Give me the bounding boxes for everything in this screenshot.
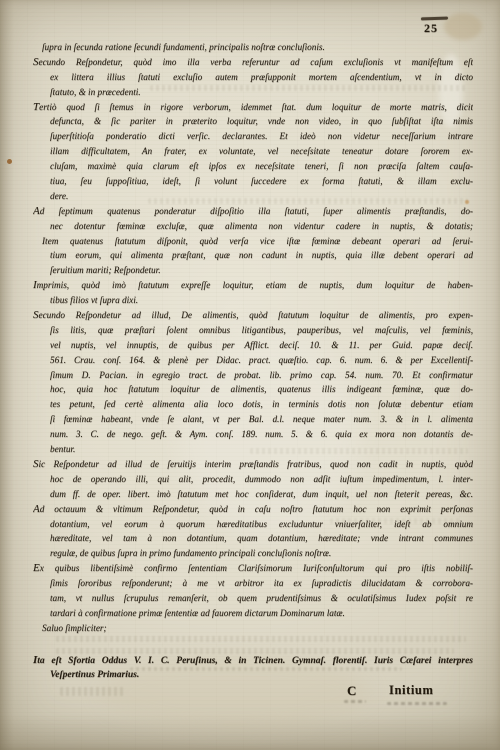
text-line: ſimum D. Pacian. in egregio tract. de pr… — [33, 368, 473, 383]
text-line: Ad octauum & vltimum Reſpondetur, quòd i… — [33, 502, 473, 517]
show-through-underline — [387, 702, 447, 705]
page-left-edge-shadow — [0, 0, 14, 750]
text-line: defuncta, & ſic pariter in præterito loq… — [33, 114, 473, 129]
text-line: bentur. — [33, 442, 473, 457]
text-line: tiua, ſeu ſuppoſitiua, ideſt, ſi volunt … — [33, 174, 473, 189]
text-line: ſimis ſororibus reſponderunt; à me vt ar… — [33, 576, 473, 591]
text-line: Item quatenus ſtatutum diſponit, quòd ve… — [33, 234, 473, 249]
book-page: 25 ſupra in ſecunda ratione ſecundi fund… — [0, 0, 500, 750]
text-line: ſi fœminæ habeant, vnde ſe alant, vt per… — [33, 412, 473, 427]
text-line: cluſam, maximè quia clarum eſt ipſos ex … — [33, 159, 473, 174]
text-line: Secundo Reſpondetur ad illud, De aliment… — [33, 308, 473, 323]
text-line: Sic Reſpondetur ad illud de ſeruitijs in… — [33, 457, 473, 472]
text-line: hoc, quia hoc ſtatutum loquitur de alime… — [33, 382, 473, 397]
text-line: tardari à confirmatione primæ ſententiæ … — [33, 606, 473, 621]
page-number: 25 — [424, 21, 438, 35]
catchword: Initium — [389, 683, 434, 698]
text-line: tibus filios vt ſupra dixi. — [33, 293, 473, 308]
text-line: hoc de operando illi, qui alit, procedit… — [33, 472, 473, 487]
text-line: Ex quibus libentiſsimè confirmo ſententi… — [33, 561, 473, 576]
text-line: ſtatuto, & in præcedenti. — [33, 85, 473, 100]
page-bottom-edge-shadow — [0, 714, 500, 750]
text-line: dotantium, vel eorum à quorum hæreditati… — [33, 517, 473, 532]
text-line: ſuperſtitioſa ponderatio dicti verſic. d… — [33, 129, 473, 144]
signature-row: C Initium — [33, 683, 473, 701]
text-line: tes petunt, ſed certè alimenta alia loco… — [33, 397, 473, 412]
colophon-line: Veſpertinus Primarius. — [33, 668, 473, 683]
main-text-block: ſupra in ſecunda ratione ſecundi fundame… — [33, 40, 473, 682]
text-line: Ad ſeptimum quatenus ponderatur diſpoſit… — [33, 204, 473, 219]
page-number-rule — [421, 17, 448, 21]
text-line: regulæ, de quibus ſupra in primo fundame… — [33, 546, 473, 561]
signature-mark: C — [347, 683, 356, 698]
text-line: Saluo ſimpliciter; — [33, 621, 473, 636]
text-line: Secundo Reſpondetur, quòd imo illa verba… — [33, 55, 473, 70]
text-line: num. 3. C. de nego. geſt. & Aym. conſ. 1… — [33, 427, 473, 442]
text-line: nec dotentur fœminæ excluſæ, quæ aliment… — [33, 219, 473, 234]
text-line: vel nuptis, vel innuptis, de quibus per … — [33, 338, 473, 353]
text-line: Imprimis, quòd imò ſtatutum expreſſe loq… — [33, 278, 473, 293]
text-line: ex littera illius ſtatuti excluſio autem… — [33, 70, 473, 85]
text-line: ſis litis, quæ præſtari ſolent omnibus l… — [33, 323, 473, 338]
text-line: illam difficultatem, An frater, ex volun… — [33, 144, 473, 159]
text-line: Tertiò quod ſi ſtemus in rigore verborum… — [33, 100, 473, 115]
text-line: ſupra in ſecunda ratione ſecundi fundame… — [33, 40, 473, 55]
text-line: dum ff. de oper. libert. imò ſtatutum me… — [33, 487, 473, 502]
text-line: 561. Crau. conſ. 164. & plenè per Didac.… — [33, 353, 473, 368]
paper-stain — [444, 13, 482, 40]
text-line: ſeruitium mariti; Reſpondetur. — [33, 263, 473, 278]
colophon-line: Ita eſt Sfortia Oddus V. I. C. Peruſinus… — [33, 653, 473, 668]
text-line: dere. — [33, 189, 473, 204]
text-line: tam, vt nullus ſcrupulus remanſerit, ob … — [33, 591, 473, 606]
text-line: tium eorum, qui alimenta præſtant, quæ n… — [33, 248, 473, 263]
text-line: hæreditate, vel tam à non dotantium, qua… — [33, 531, 473, 546]
